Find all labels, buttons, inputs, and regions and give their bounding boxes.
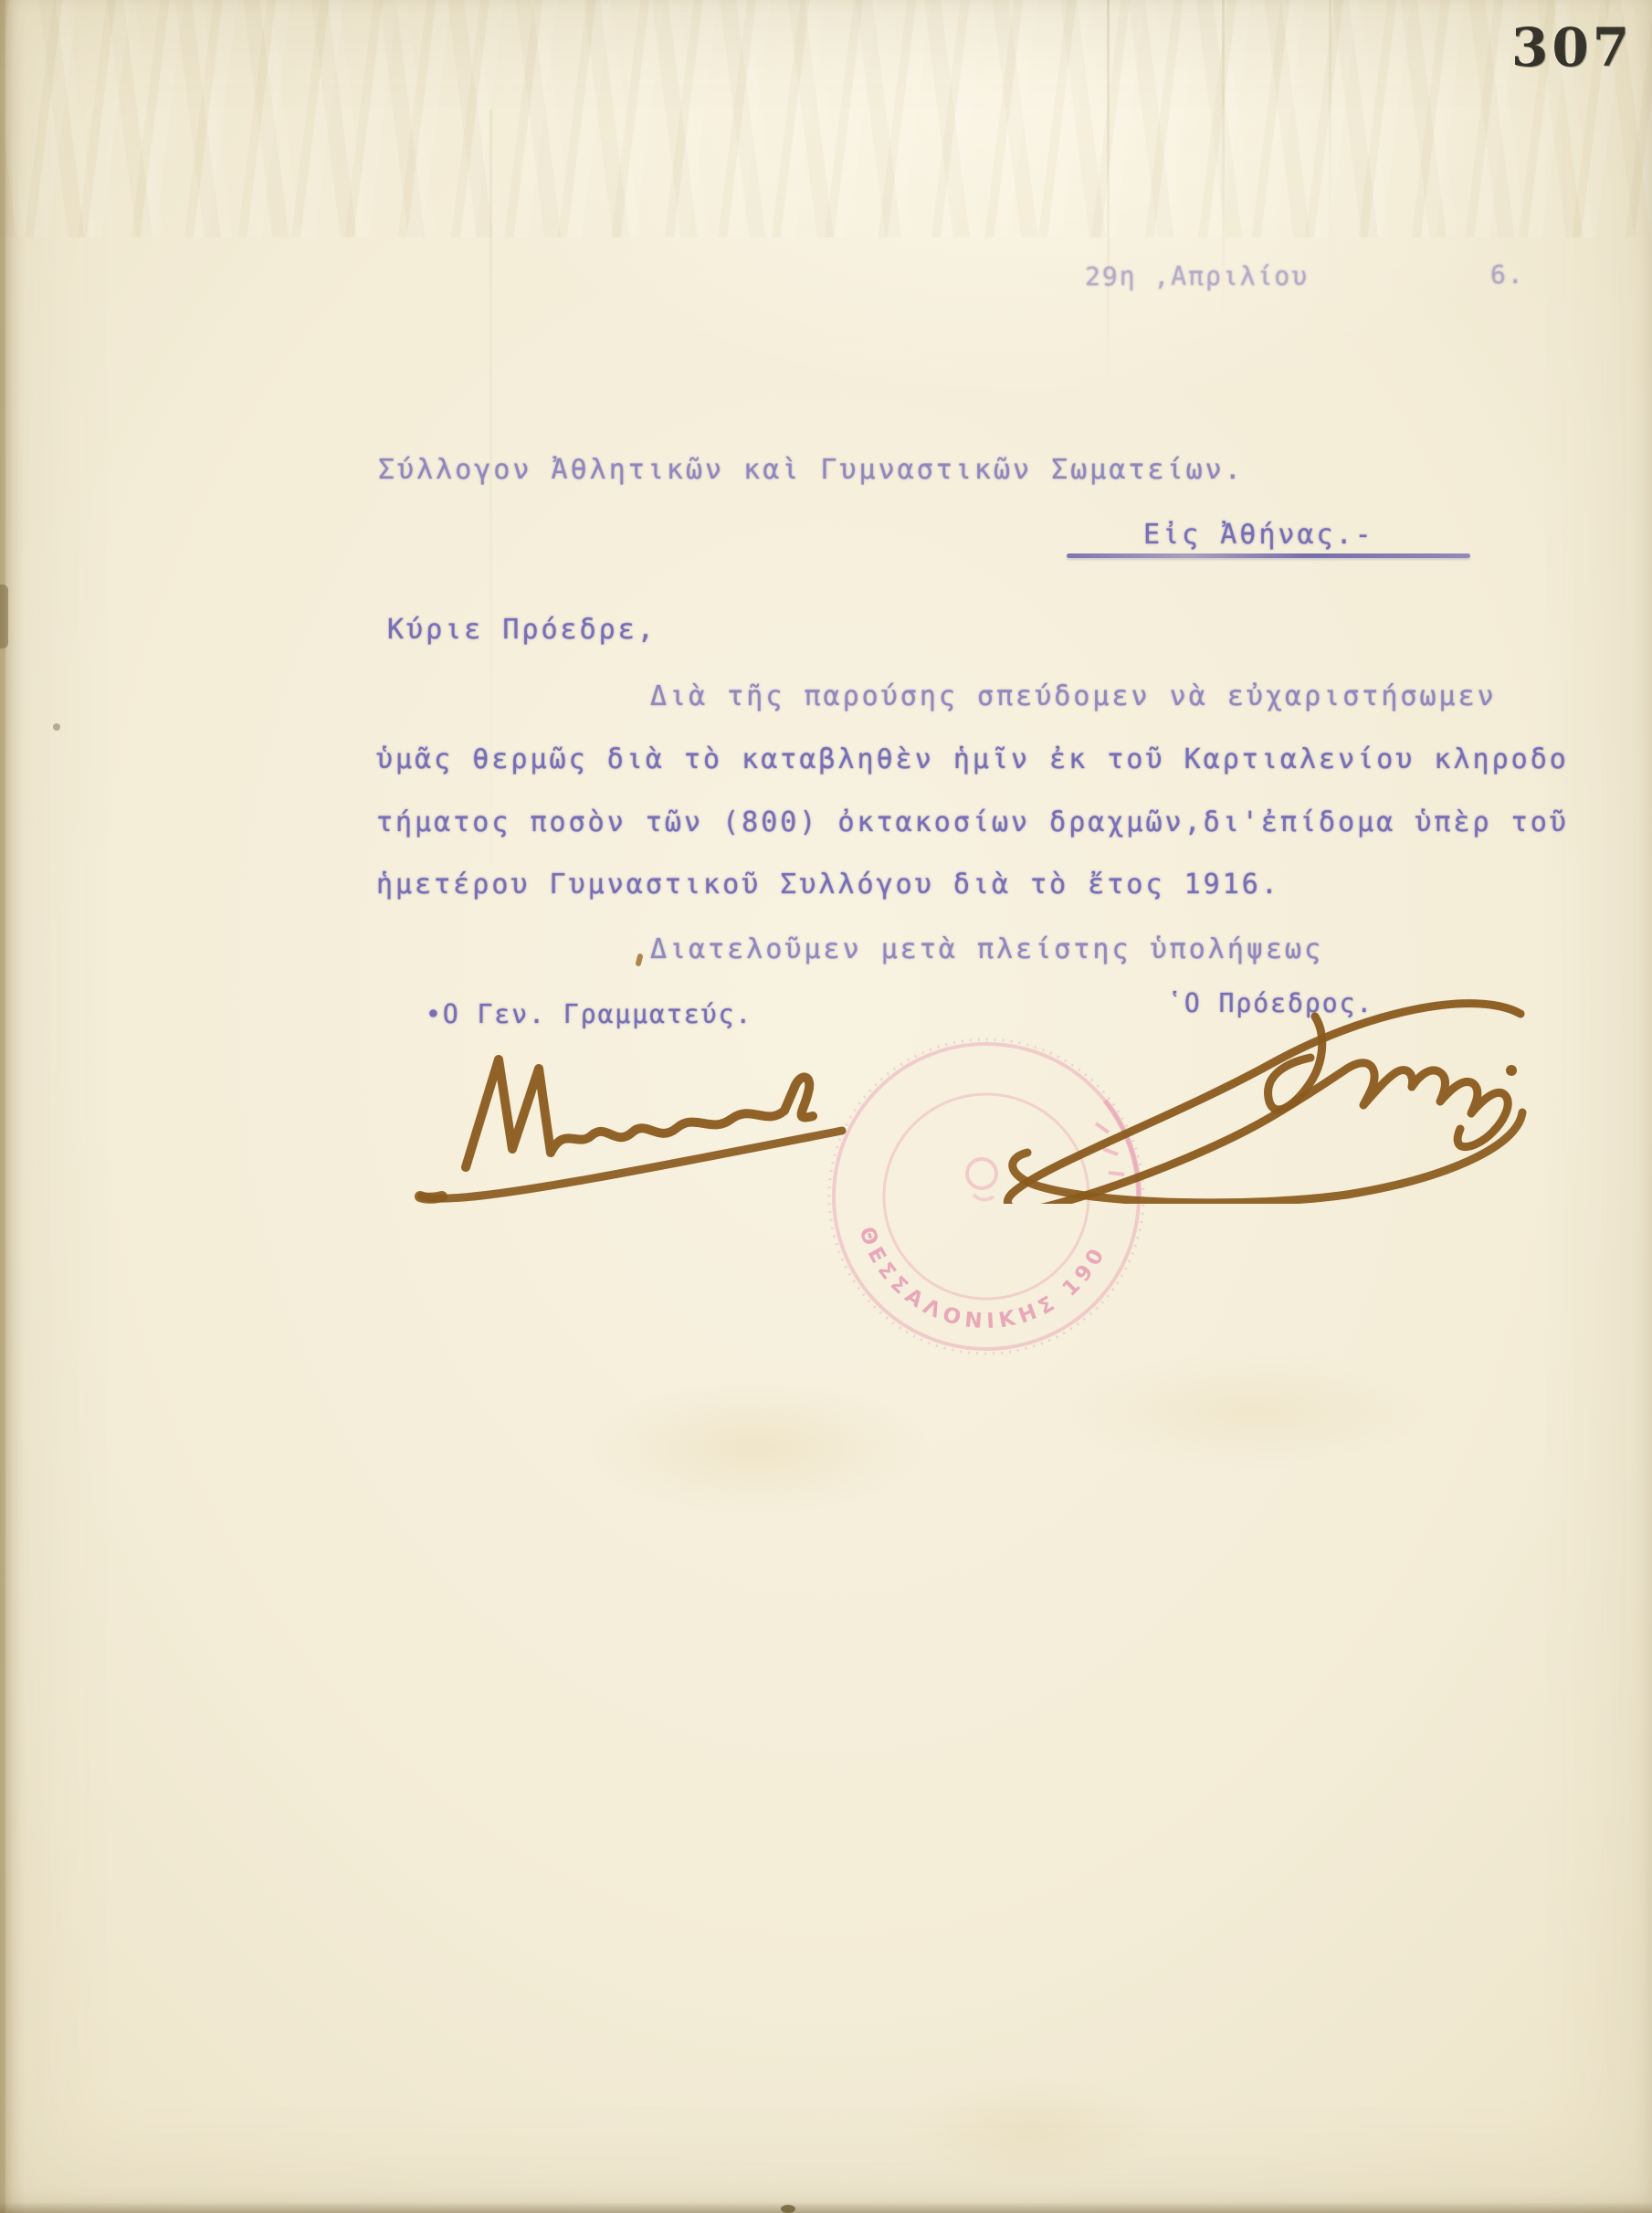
svg-text:ΘΕΣΣΑΛΟΝΙΚΗΣ 1902: ΘΕΣΣΑΛΟΝΙΚΗΣ 1902 bbox=[794, 1014, 1111, 1333]
closing-line: Διατελοῦμεν μετὰ πλείστης ὑπολήψεως bbox=[650, 933, 1323, 965]
date-day-month: 29η ,Απριλίου bbox=[1085, 261, 1309, 291]
paper-crinkle-texture bbox=[0, 0, 1652, 237]
body-line: Διὰ τῆς παρούσης σπεύδομεν νὰ εὐχαριστήσ… bbox=[650, 680, 1497, 712]
paper-speck bbox=[781, 2205, 795, 2213]
recipient-line: Σύλλογον Ἀθλητικῶν καὶ Γυμναστικῶν Σωματ… bbox=[378, 454, 1244, 486]
paper-crease bbox=[1107, 0, 1110, 393]
stamp-ring-text: ΘΕΣΣΑΛΟΝΙΚΗΣ 1902 bbox=[794, 1014, 1111, 1333]
secretary-title: •Ο Γεν. Γραμματεύς. bbox=[426, 999, 752, 1029]
body-line: ὑμᾶς θερμῶς διὰ τὸ καταβληθὲν ἡμῖν ἐκ το… bbox=[376, 743, 1569, 775]
ink-speck bbox=[635, 953, 643, 966]
date-year: 6. bbox=[1490, 259, 1525, 290]
recipient-city: Εἰς Ἀθήνας.- bbox=[1143, 519, 1374, 551]
recipient-city-underline bbox=[1067, 553, 1470, 558]
paper-left-edge bbox=[0, 0, 5, 2213]
paper-stain bbox=[895, 2073, 1169, 2183]
secretary-signature bbox=[402, 1032, 858, 1215]
paper-bottom-edge-shadow bbox=[0, 2202, 1652, 2213]
body-line: τήματος ποσὸν τῶν (800) ὀκτακοσίων δραχμ… bbox=[376, 806, 1569, 838]
scanned-letter-page: 307 29η ,Απριλίου 6. Σύλλογον Ἀθλητικῶν … bbox=[0, 0, 1652, 2213]
circular-ink-stamp: ΘΕΣΣΑΛΟΝΙΚΗΣ 1902 bbox=[794, 1014, 1187, 1397]
paper-speck bbox=[53, 723, 60, 731]
president-title: ῾Ο Πρόεδρος. bbox=[1167, 988, 1373, 1018]
paper-stain bbox=[584, 1379, 931, 1516]
salutation: Κύριε Πρόεδρε, bbox=[387, 614, 657, 646]
paper-left-edge-shadow bbox=[0, 0, 26, 2213]
paper-crease bbox=[1329, 0, 1331, 274]
archive-page-number: 307 bbox=[1511, 16, 1633, 79]
paper-edge-notch bbox=[0, 585, 8, 648]
paper-stain bbox=[1059, 1352, 1443, 1470]
body-line: ἡμετέρου Γυμναστικοῦ Συλλόγου διὰ τὸ ἔτο… bbox=[376, 869, 1280, 901]
